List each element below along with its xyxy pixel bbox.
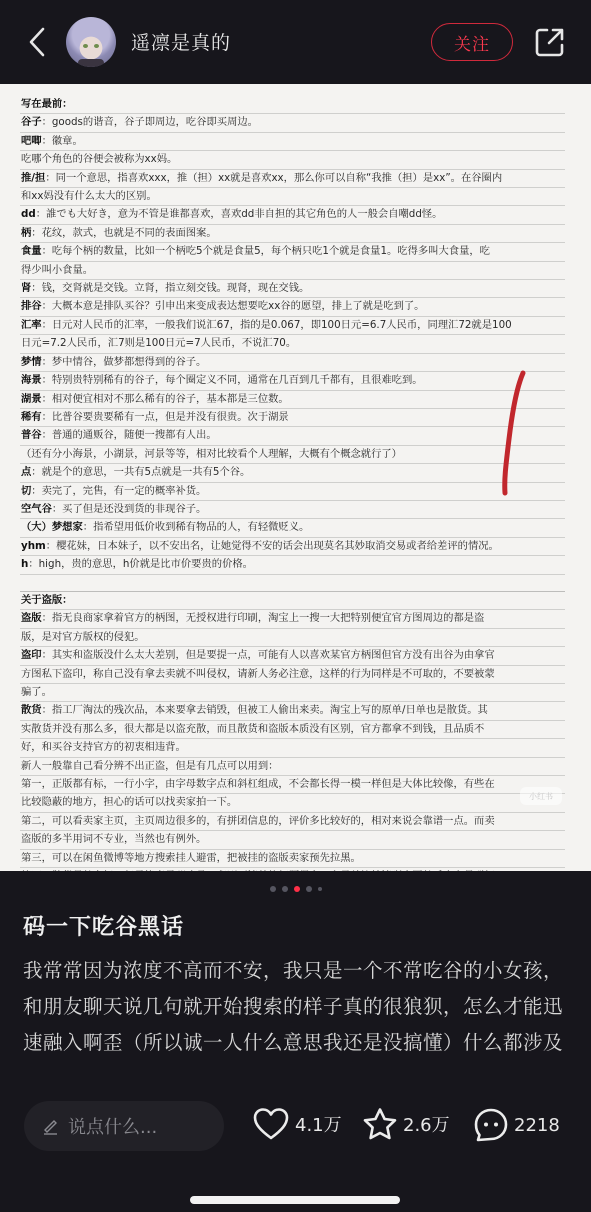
term: 海景 — [21, 374, 42, 386]
avatar-eye — [94, 44, 99, 48]
document-line: 写在最前： — [20, 96, 565, 114]
term: 肾 — [21, 282, 31, 294]
term: 空气谷 — [21, 503, 52, 515]
definition: ：high，贵的意思，h价就是比市价要贵的价格。 — [28, 558, 253, 570]
definition: 第一，正版都有标，一行小字，由字母数字点和斜杠组成，不会都长得一模一样但是大体比… — [21, 778, 495, 790]
definition: ：吃每个柄的数量，比如一个柄吃5个就是食量5，每个柄只吃1个就是食量1。吃得多叫… — [42, 245, 490, 257]
document-line: 第四，散货虽然有标，但是毕竟是瑕疵品，印刷不清楚等问题很多，交易前让拍清晰大图然… — [20, 868, 565, 871]
definition: ：大概本意是排队买谷？引申出来变成表达想要吃xx谷的愿望，排上了就是吃到了。 — [42, 300, 425, 312]
document-line: 排谷：大概本意是排队买谷？引申出来变成表达想要吃xx谷的愿望，排上了就是吃到了。 — [20, 298, 565, 316]
term: 切 — [21, 485, 31, 497]
term: 谷子 — [21, 116, 42, 128]
document-line: yhm：樱花妹，日本妹子，以不安出名，让她觉得不安的话会出现莫名其妙取消交易或者… — [20, 538, 565, 556]
home-indicator[interactable] — [190, 1196, 400, 1204]
definition: 比较隐蔽的地方，担心的话可以找卖家拍一下。 — [21, 796, 237, 808]
post-title: 码一下吃谷黑话 — [23, 910, 184, 941]
document-line: 关于盗版： — [20, 592, 565, 610]
document-line: 第一，正版都有标，一行小字，由字母数字点和斜杠组成，不会都长得一模一样但是大体比… — [20, 776, 565, 794]
definition: ：梦中情谷，做梦都想得到的谷子。 — [42, 356, 207, 368]
definition: ：相对便宜相对不那么稀有的谷子，基本都是三位数。 — [42, 393, 289, 405]
term: dd — [21, 208, 36, 220]
back-button[interactable] — [22, 24, 52, 60]
document-line: 散货：指工厂淘汰的残次品，本来要拿去销毁，但被工人偷出来卖。淘宝上写的原单/日单… — [20, 702, 565, 720]
like-button[interactable]: 4.1万 — [252, 1107, 342, 1141]
definition: ：特别贵特别稀有的谷子，每个圈定义不同，通常在几百到几千都有，且很难吃到。 — [42, 374, 423, 386]
pager-dot[interactable] — [306, 886, 312, 892]
image-pager — [0, 884, 591, 894]
document-line: dd：誰でも大好き，意为不管是谁都喜欢，喜欢dd非自担的其它角色的人一般会自嘲d… — [20, 206, 565, 224]
document-line: 盗印：其实和盗版没什么太大差别，但是要提一点，可能有人以喜欢某官方柄图但官方没有… — [20, 647, 565, 665]
author-avatar[interactable] — [66, 17, 116, 67]
document-line: 普谷：普通的通贩谷，随便一搜都有人出。 — [20, 427, 565, 445]
definition: 日元=7.2人民币，汇7则是100日元=7人民币，不说汇70。 — [21, 337, 296, 349]
definition: ：比普谷要贵要稀有一点，但是并没有很贵。次于湖景 — [42, 411, 289, 423]
document-line: 海景：特别贵特别稀有的谷子，每个圈定义不同，通常在几百到几千都有，且很难吃到。 — [20, 372, 565, 390]
definition: ：樱花妹，日本妹子，以不安出名，让她觉得不安的话会出现莫名其妙取消交易或者给差评… — [46, 540, 499, 552]
document-line: 第二，可以看卖家主页，主页周边很多的，有拼团信息的，评价多比较好的，相对来说会靠… — [20, 813, 565, 831]
definition: （还有分小海景，小湖景，河景等等，相对比较看个人理解，大概有个概念就行了） — [21, 448, 402, 460]
document-line: 点：就是个的意思，一共有5点就是一共有5个谷。 — [20, 464, 565, 482]
term: 食量 — [21, 245, 42, 257]
document-line: 柄：花纹，款式，也就是不同的表面图案。 — [20, 225, 565, 243]
term: 吧唧 — [21, 135, 42, 147]
definition: ：就是个的意思，一共有5点就是一共有5个谷。 — [31, 466, 250, 478]
document-line: 得少叫小食量。 — [20, 262, 565, 280]
favorite-count: 2.6万 — [403, 1111, 450, 1137]
share-icon — [533, 25, 567, 59]
comment-bubble-icon — [473, 1107, 509, 1143]
comment-placeholder: 说点什么... — [68, 1113, 157, 1139]
post-body[interactable]: 我常常因为浓度不高而不安，我只是一个不常吃谷的小女孩，和朋友聊天说几句就开始搜索… — [23, 953, 578, 1061]
term: 盗版 — [21, 612, 42, 624]
definition: 方图私下盗印，称自己没有拿去卖就不叫侵权，请新人务必注意，这样的行为同样是不可取… — [21, 668, 495, 680]
document-line: 食量：吃每个柄的数量，比如一个柄吃5个就是食量5，每个柄只吃1个就是食量1。吃得… — [20, 243, 565, 261]
document-line: 第三，可以在闲鱼微博等地方搜索挂人避雷，把被挂的盗版卖家预先拉黑。 — [20, 850, 565, 868]
chevron-left-icon — [28, 27, 46, 57]
definition: 盗版的多半用词不专业，当然也有例外。 — [21, 833, 206, 845]
comment-input[interactable]: 说点什么... — [24, 1101, 224, 1151]
definition: 和xx妈没有什么太大的区别。 — [21, 190, 157, 202]
document-line: 汇率：日元对人民币的汇率，一般我们说汇67，指的是0.067，即100日元=6.… — [20, 317, 565, 335]
heart-icon — [252, 1107, 290, 1141]
share-button[interactable] — [533, 25, 567, 59]
watermark: 小红书 — [520, 787, 562, 805]
term: 点 — [21, 466, 31, 478]
term: yhm — [21, 540, 46, 552]
definition: ：指希望用低价收到稀有物品的人，有轻微贬义。 — [83, 521, 310, 533]
pager-dot[interactable] — [318, 887, 322, 891]
term: 梦情 — [21, 356, 42, 368]
follow-button[interactable]: 关注 — [431, 23, 513, 61]
term: 柄 — [21, 227, 31, 239]
definition: 第三，可以在闲鱼微博等地方搜索挂人避雷，把被挂的盗版卖家预先拉黑。 — [21, 852, 361, 864]
document-line: 吃哪个角色的谷便会被称为xx妈。 — [20, 151, 565, 169]
definition: ：花纹，款式，也就是不同的表面图案。 — [31, 227, 216, 239]
term: 写在最前： — [21, 98, 72, 110]
pager-dot[interactable] — [270, 886, 276, 892]
post-image[interactable]: 写在最前：谷子：goods的谐音，谷子即周边，吃谷即买周边。吧唧：徽章。吃哪个角… — [0, 84, 591, 871]
definition: 实散货并没有那么多，很大都是以盗充散，而且散货和盗版本质没有区别，官方都拿不到钱… — [21, 723, 484, 735]
document-line: 切：卖完了，完售，有一定的概率补货。 — [20, 483, 565, 501]
definition: ：买了但是还没到货的非现谷子。 — [52, 503, 206, 515]
term: 普谷 — [21, 429, 42, 441]
term: （大）梦想家 — [21, 521, 83, 533]
document-line: h：high，贵的意思，h价就是比市价要贵的价格。 — [20, 556, 565, 574]
term: 关于盗版： — [21, 594, 72, 606]
definition: 版，是对官方版权的侵犯。 — [21, 631, 145, 643]
term: 湖景 — [21, 393, 42, 405]
document-line: （还有分小海景，小湖景，河景等等，相对比较看个人理解，大概有个概念就行了） — [20, 446, 565, 464]
document-line: 梦情：梦中情谷，做梦都想得到的谷子。 — [20, 354, 565, 372]
definition: ：goods的谐音，谷子即周边，吃谷即买周边。 — [42, 116, 258, 128]
definition: ：指无良商家拿着官方的柄图，无授权进行印刷，淘宝上一搜一大把特别便宜官方图周边的… — [42, 612, 485, 624]
definition: ：誰でも大好き，意为不管是谁都喜欢，喜欢dd非自担的其它角色的人一般会自嘲dd怪… — [36, 208, 443, 220]
term: 汇率 — [21, 319, 42, 331]
document-line: 盗版：指无良商家拿着官方的柄图，无授权进行印刷，淘宝上一搜一大把特别便宜官方图周… — [20, 610, 565, 628]
star-icon — [362, 1107, 398, 1141]
document-line — [20, 575, 565, 592]
favorite-button[interactable]: 2.6万 — [362, 1107, 450, 1141]
avatar-collar — [78, 59, 104, 67]
term: 盗印 — [21, 649, 42, 661]
document-line: 好，和买谷支持官方的初衷相违背。 — [20, 739, 565, 757]
top-nav-bar: 遥凛是真的 关注 — [0, 0, 591, 84]
term: 推/担 — [21, 172, 45, 184]
comment-count: 2218 — [514, 1115, 560, 1136]
definition: ：钱，交肾就是交钱。立肾，指立刻交钱。现肾，现在交钱。 — [31, 282, 309, 294]
document-line: 盗版的多半用词不专业，当然也有例外。 — [20, 831, 565, 849]
document-line: 比较隐蔽的地方，担心的话可以找卖家拍一下。 — [20, 794, 565, 812]
document-line: 吧唧：徽章。 — [20, 133, 565, 151]
pager-dot-active[interactable] — [294, 886, 300, 892]
definition: 新人一般靠自己看分辨不出正盗，但是有几点可以用到： — [21, 760, 278, 772]
definition: 骗了。 — [21, 686, 52, 698]
document-line: （大）梦想家：指希望用低价收到稀有物品的人，有轻微贬义。 — [20, 519, 565, 537]
definition: ：日元对人民币的汇率，一般我们说汇67，指的是0.067，即100日元=6.7人… — [42, 319, 512, 331]
term: 稀有 — [21, 411, 42, 423]
definition: 第二，可以看卖家主页，主页周边很多的，有拼团信息的，评价多比较好的，相对来说会靠… — [21, 815, 495, 827]
pencil-icon — [42, 1117, 60, 1135]
document-line: 新人一般靠自己看分辨不出正盗，但是有几点可以用到： — [20, 758, 565, 776]
document-line: 和xx妈没有什么太大的区别。 — [20, 188, 565, 206]
avatar-eye — [83, 44, 88, 48]
definition: ：指工厂淘汰的残次品，本来要拿去销毁，但被工人偷出来卖。淘宝上写的原单/日单也是… — [42, 704, 488, 716]
definition: ：同一个意思，指喜欢xxx，推（担）xx就是喜欢xx，那么你可以自称“我推（担）… — [45, 172, 502, 184]
document-line: 骗了。 — [20, 684, 565, 702]
definition: 好，和买谷支持官方的初衷相违背。 — [21, 741, 186, 753]
document-line: 方图私下盗印，称自己没有拿去卖就不叫侵权，请新人务必注意，这样的行为同样是不可取… — [20, 666, 565, 684]
definition: ：普通的通贩谷，随便一搜都有人出。 — [42, 429, 217, 441]
document-line: 版，是对官方版权的侵犯。 — [20, 629, 565, 647]
document-line: 稀有：比普谷要贵要稀有一点，但是并没有很贵。次于湖景 — [20, 409, 565, 427]
document-text: 写在最前：谷子：goods的谐音，谷子即周边，吃谷即买周边。吧唧：徽章。吃哪个角… — [20, 96, 565, 871]
term: 散货 — [21, 704, 42, 716]
author-name[interactable]: 遥凛是真的 — [131, 28, 231, 55]
comment-button[interactable]: 2218 — [473, 1107, 560, 1143]
document-line: 湖景：相对便宜相对不那么稀有的谷子，基本都是三位数。 — [20, 391, 565, 409]
definition: ：其实和盗版没什么太大差别，但是要提一点，可能有人以喜欢某官方柄图但官方没有出谷… — [42, 649, 495, 661]
document-line: 实散货并没有那么多，很大都是以盗充散，而且散货和盗版本质没有区别，官方都拿不到钱… — [20, 721, 565, 739]
definition: ：徽章。 — [42, 135, 83, 147]
definition: 吃哪个角色的谷便会被称为xx妈。 — [21, 153, 177, 165]
term: 排谷 — [21, 300, 42, 312]
pager-dot[interactable] — [282, 886, 288, 892]
document-line: 肾：钱，交肾就是交钱。立肾，指立刻交钱。现肾，现在交钱。 — [20, 280, 565, 298]
bottom-action-bar: 说点什么... 4.1万 2.6万 2218 — [0, 1077, 591, 1212]
document-line: 推/担：同一个意思，指喜欢xxx，推（担）xx就是喜欢xx，那么你可以自称“我推… — [20, 170, 565, 188]
document-line: 空气谷：买了但是还没到货的非现谷子。 — [20, 501, 565, 519]
document-line: 谷子：goods的谐音，谷子即周边，吃谷即买周边。 — [20, 114, 565, 132]
definition: 第四，散货虽然有标，但是毕竟是瑕疵品，印刷不清楚等问题很多，交易前让拍清晰大图然… — [21, 870, 495, 871]
definition: 得少叫小食量。 — [21, 264, 93, 276]
definition: ：卖完了，完售，有一定的概率补货。 — [31, 485, 206, 497]
like-count: 4.1万 — [295, 1111, 342, 1137]
document-line: 日元=7.2人民币，汇7则是100日元=7人民币，不说汇70。 — [20, 335, 565, 353]
